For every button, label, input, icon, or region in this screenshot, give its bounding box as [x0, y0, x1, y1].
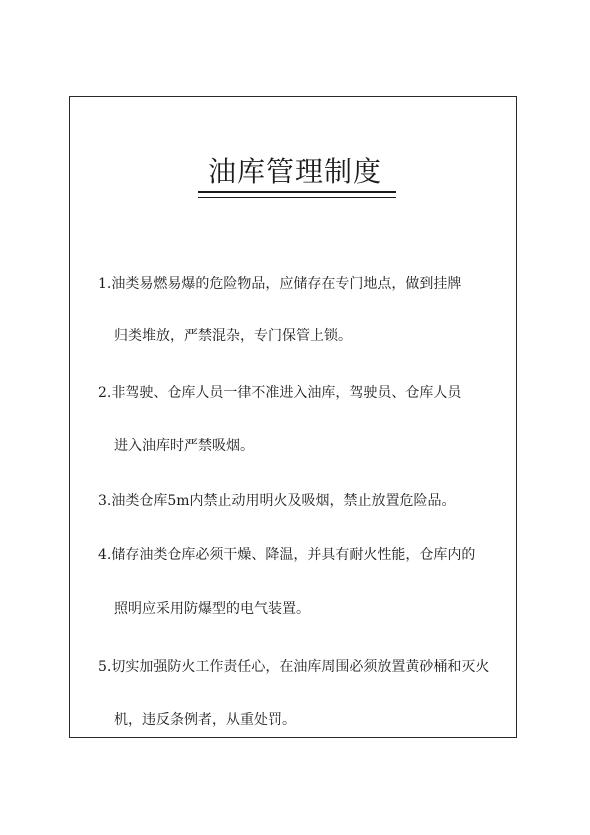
title-underline-thin — [198, 197, 396, 198]
rule-5-line-1: 5.切实加强防火工作责任心，在油库周围必须放置黄砂桶和灭火 — [98, 658, 489, 676]
rule-4-line-1: 4.储存油类仓库必须干燥、降温，并具有耐火性能，仓库内的 — [98, 546, 475, 564]
title-underline-thick — [198, 191, 396, 193]
rule-1-line-2: 归类堆放，严禁混杂，专门保管上锁。 — [114, 327, 352, 345]
document-title: 油库管理制度 — [0, 156, 590, 188]
rule-5-line-2: 机，违反条例者，从重处罚。 — [114, 711, 296, 729]
rule-4-line-2: 照明应采用防爆型的电气装置。 — [114, 600, 310, 618]
rule-1-line-1: 1.油类易燃易爆的危险物品，应储存在专门地点，做到挂牌 — [98, 275, 461, 293]
rule-2-line-1: 2.非驾驶、仓库人员一律不准进入油库，驾驶员、仓库人员 — [98, 384, 461, 402]
rule-2-line-2: 进入油库时严禁吸烟。 — [114, 437, 254, 455]
rule-3-line-1: 3.油类仓库5m内禁止动用明火及吸烟，禁止放置危险品。 — [98, 492, 456, 510]
